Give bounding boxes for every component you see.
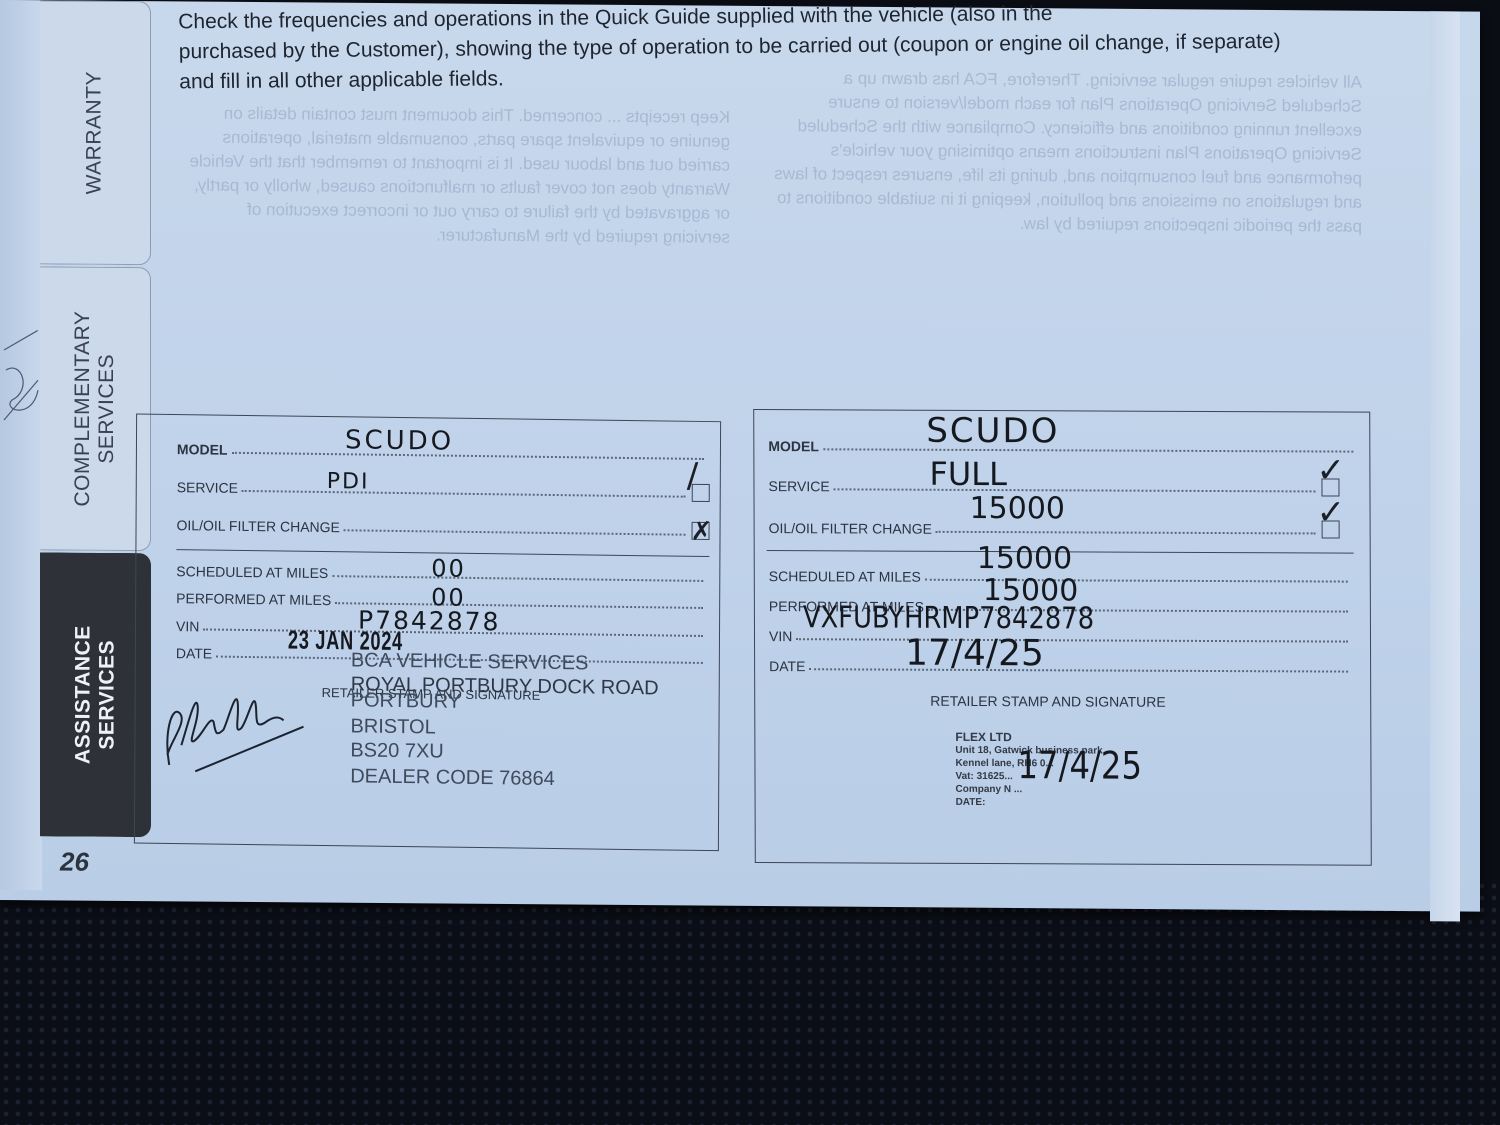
- performed-label: PERFORMED AT MILES: [176, 590, 331, 608]
- date-field[interactable]: [809, 667, 1348, 672]
- model-field[interactable]: [823, 447, 1353, 452]
- model-row: MODEL: [768, 438, 1359, 457]
- scheduled-value: 00: [431, 554, 466, 582]
- bleed-through-text-right: All vehicles require regular servicing. …: [762, 66, 1362, 239]
- oil-filter-field[interactable]: [936, 530, 1316, 535]
- service-record-card-1: MODEL SCUDO SERVICE / PDI OIL/OIL FILTER…: [134, 414, 721, 852]
- tab-warranty[interactable]: WARRANTY: [40, 0, 151, 265]
- tab-label: WARRANTY: [83, 71, 107, 195]
- tab-complementary-services[interactable]: COMPLEMENTARY SERVICES: [40, 266, 151, 551]
- stamp-line: DEALER CODE 76864: [350, 764, 658, 792]
- scheduled-field[interactable]: [332, 574, 703, 582]
- oil-filter-value: 15000: [969, 491, 1065, 526]
- scheduled-label: SCHEDULED AT MILES: [769, 568, 921, 585]
- check-icon: ✓: [1316, 453, 1345, 487]
- service-value: PDI: [327, 469, 370, 495]
- stamp-line: BS20 7XU: [350, 738, 658, 766]
- service-field[interactable]: [834, 487, 1316, 492]
- instructions-paragraph: Check the frequencies and operations in …: [178, 0, 1359, 97]
- stamp-line: DATE:: [956, 796, 1103, 810]
- model-label: MODEL: [177, 441, 228, 458]
- bleed-through-signature-icon: [2, 330, 40, 450]
- date-value: 17/4/25: [905, 633, 1044, 675]
- slash-check-icon: /: [687, 459, 699, 493]
- date-label: DATE: [176, 645, 212, 661]
- page-edge: [1430, 11, 1460, 921]
- vin-value: VXFUBYHRMP7842878: [803, 600, 1094, 636]
- page-number: 26: [60, 846, 89, 877]
- vin-label: VIN: [176, 618, 199, 634]
- oil-filter-checkbox[interactable]: ✗: [691, 522, 709, 540]
- service-field[interactable]: [242, 489, 686, 498]
- model-value: SCUDO: [345, 425, 454, 456]
- stamp-date-value: 17/4/25: [1017, 743, 1142, 788]
- model-field[interactable]: [231, 451, 703, 460]
- service-value: FULL: [929, 455, 1007, 493]
- service-row: SERVICE /: [177, 477, 710, 502]
- vin-field[interactable]: [796, 637, 1348, 642]
- service-booklet-page: WARRANTY COMPLEMENTARY SERVICES ASSISTAN…: [0, 0, 1480, 912]
- tab-label: ASSISTANCE SERVICES: [71, 625, 119, 764]
- date-label: DATE: [769, 658, 805, 674]
- signature-icon: [157, 685, 307, 777]
- model-label: MODEL: [768, 438, 819, 454]
- oil-filter-row: OIL/OIL FILTER CHANGE ✗: [177, 515, 710, 540]
- scheduled-label: SCHEDULED AT MILES: [176, 563, 328, 581]
- oil-filter-field[interactable]: [344, 528, 686, 535]
- service-checkbox[interactable]: /: [692, 484, 710, 502]
- oil-filter-label: OIL/OIL FILTER CHANGE: [769, 520, 932, 537]
- model-value: SCUDO: [926, 411, 1059, 452]
- service-label: SERVICE: [768, 478, 829, 494]
- dealer-stamp: BCA VEHICLE SERVICES ROYAL PORTBURY DOCK…: [350, 648, 659, 792]
- scheduled-value: 15000: [977, 541, 1073, 576]
- service-record-card-2: MODEL SCUDO SERVICE ✓ FULL OIL/OIL FILTE…: [753, 409, 1372, 866]
- stamp-label: RETAILER STAMP AND SIGNATURE: [930, 693, 1166, 710]
- bleed-through-text-left: Keep receipts ... concerned. This docume…: [180, 101, 730, 249]
- car-seat-background: [0, 880, 1500, 1125]
- vin-label: VIN: [769, 628, 792, 644]
- date-row: DATE: [769, 658, 1354, 677]
- tab-label: COMPLEMENTARY SERVICES: [71, 311, 119, 507]
- oil-filter-checkbox[interactable]: ✓: [1322, 520, 1340, 538]
- cross-check-icon: ✗: [690, 515, 712, 549]
- service-label: SERVICE: [177, 479, 238, 496]
- previous-page-curl: [0, 0, 42, 890]
- oil-filter-label: OIL/OIL FILTER CHANGE: [177, 517, 340, 535]
- check-icon: ✓: [1316, 495, 1345, 529]
